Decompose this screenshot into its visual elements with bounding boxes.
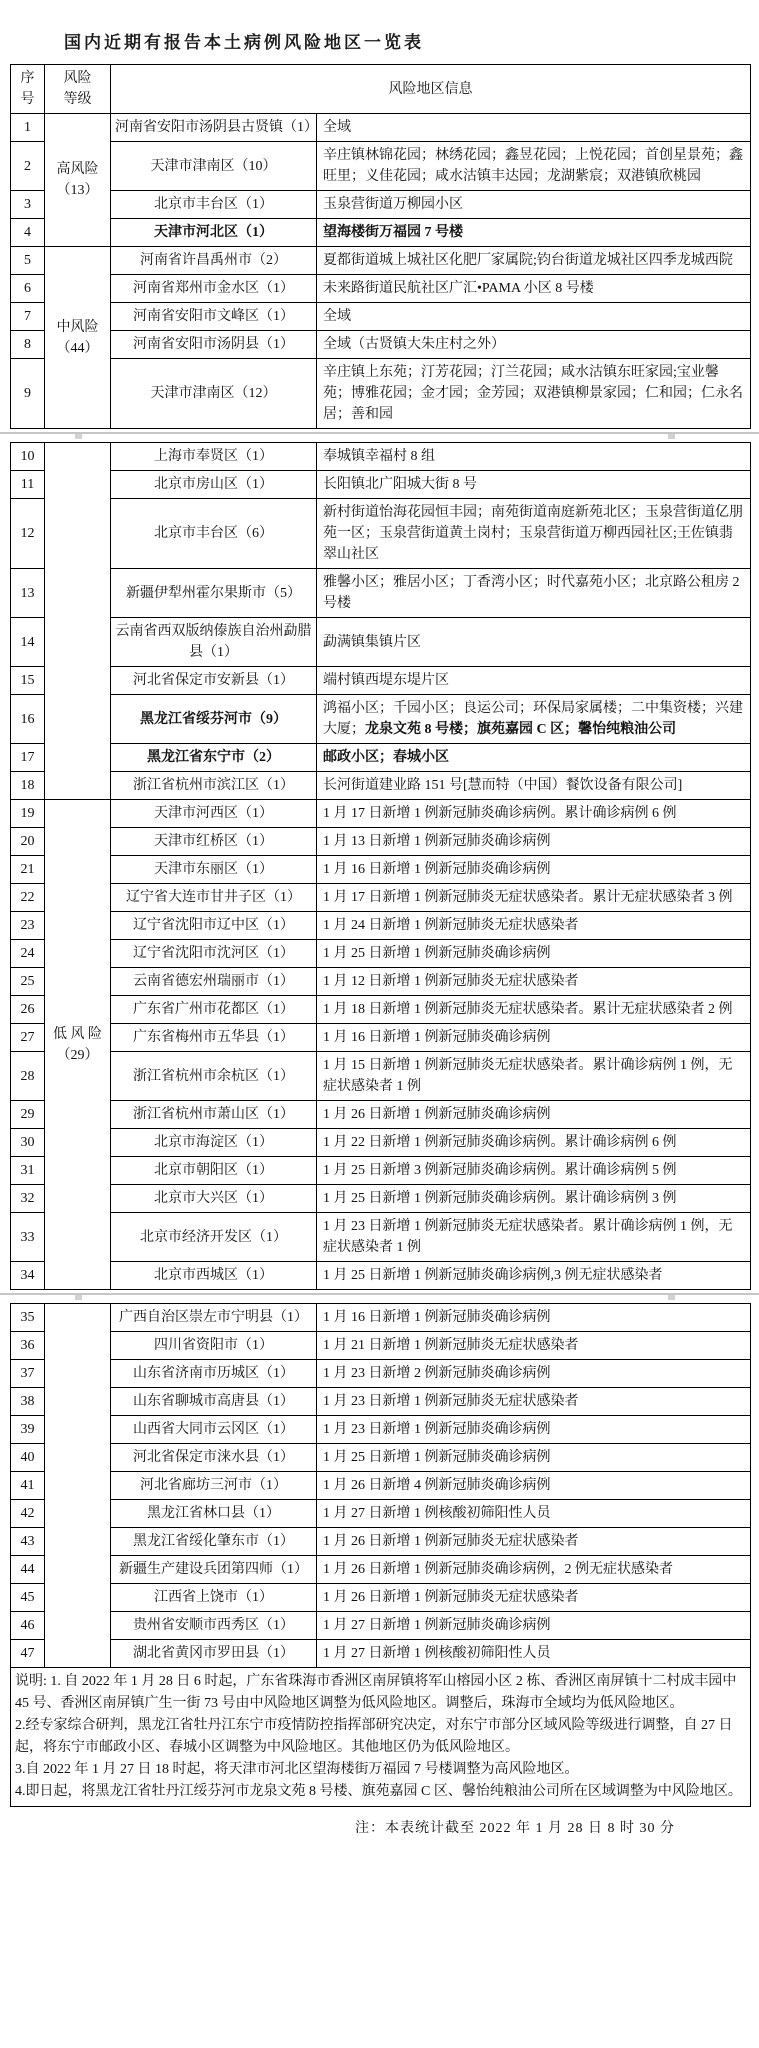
area-name-cell: 江西省上饶市（1） [111, 1584, 317, 1612]
area-info-cell: 长阳镇北广阳城大街 8 号 [317, 471, 751, 499]
row-number: 17 [11, 744, 45, 772]
area-name-cell: 天津市河西区（1） [111, 800, 317, 828]
area-info-cell: 1 月 13 日新增 1 例新冠肺炎确诊病例 [317, 828, 751, 856]
risk-level-cell [45, 443, 111, 800]
row-number: 33 [11, 1213, 45, 1262]
table-row: 40河北省保定市涞水县（1）1 月 25 日新增 1 例新冠肺炎确诊病例 [11, 1444, 751, 1472]
area-name-cell: 山东省济南市历城区（1） [111, 1360, 317, 1388]
row-number: 26 [11, 996, 45, 1024]
row-number: 44 [11, 1556, 45, 1584]
row-number: 7 [11, 303, 45, 331]
info-text: 1 月 16 日新增 1 例新冠肺炎确诊病例 [323, 1310, 551, 1325]
row-number: 2 [11, 142, 45, 191]
row-number: 32 [11, 1185, 45, 1213]
table-row: 9天津市津南区（12）辛庄镇上东苑；汀芳花园；汀兰花园；咸水沽镇东旺家园;宝业馨… [11, 359, 751, 429]
table-header-row: 序 号风险 等级风险地区信息 [11, 65, 751, 114]
info-text: 1 月 27 日新增 1 例核酸初筛阳性人员 [323, 1506, 551, 1521]
info-text: 邮政小区；春城小区 [323, 750, 449, 765]
area-info-cell: 1 月 16 日新增 1 例新冠肺炎确诊病例 [317, 1024, 751, 1052]
row-number: 21 [11, 856, 45, 884]
area-name-cell: 黑龙江省林口县（1） [111, 1500, 317, 1528]
area-info-cell: 1 月 22 日新增 1 例新冠肺炎确诊病例。累计确诊病例 6 例 [317, 1129, 751, 1157]
area-info-cell: 雅馨小区；雅居小区；丁香湾小区；时代嘉苑小区；北京路公租房 2 号楼 [317, 569, 751, 618]
table-row: 31北京市朝阳区（1）1 月 25 日新增 3 例新冠肺炎确诊病例。累计确诊病例… [11, 1157, 751, 1185]
area-name-cell: 河南省郑州市金水区（1） [111, 275, 317, 303]
info-text: 1 月 27 日新增 1 例核酸初筛阳性人员 [323, 1646, 551, 1661]
area-name-cell: 山西省大同市云冈区（1） [111, 1416, 317, 1444]
row-number: 16 [11, 695, 45, 744]
row-number: 8 [11, 331, 45, 359]
table-row: 34北京市西城区（1）1 月 25 日新增 1 例新冠肺炎确诊病例,3 例无症状… [11, 1262, 751, 1290]
area-name-cell: 云南省德宏州瑞丽市（1） [111, 968, 317, 996]
page-break-tick [75, 434, 82, 439]
risk-level-cell: 中风险 （44） [45, 247, 111, 429]
area-name-cell: 北京市大兴区（1） [111, 1185, 317, 1213]
info-text: 1 月 25 日新增 1 例新冠肺炎确诊病例。累计确诊病例 3 例 [323, 1191, 677, 1206]
area-name-cell: 广东省广州市花都区（1） [111, 996, 317, 1024]
area-info-cell: 望海楼街万福园 7 号楼 [317, 219, 751, 247]
info-text: 1 月 25 日新增 1 例新冠肺炎确诊病例 [323, 946, 551, 961]
area-info-cell: 1 月 25 日新增 1 例新冠肺炎确诊病例 [317, 940, 751, 968]
info-text: 雅馨小区；雅居小区；丁香湾小区；时代嘉苑小区；北京路公租房 2 号楼 [323, 575, 740, 611]
info-text: 1 月 13 日新增 1 例新冠肺炎确诊病例 [323, 834, 551, 849]
page-break [10, 1290, 750, 1303]
info-text: 1 月 26 日新增 1 例新冠肺炎无症状感染者 [323, 1590, 579, 1605]
info-text: 1 月 16 日新增 1 例新冠肺炎确诊病例 [323, 1030, 551, 1045]
info-text: 全域（古贤镇大朱庄村之外） [323, 337, 505, 352]
header-level: 风险 等级 [45, 65, 111, 114]
area-info-cell: 玉泉营街道万柳园小区 [317, 191, 751, 219]
table-row: 27广东省梅州市五华县（1）1 月 16 日新增 1 例新冠肺炎确诊病例 [11, 1024, 751, 1052]
row-number: 39 [11, 1416, 45, 1444]
info-text: 新村街道怡海花园恒丰园；南苑街道南庭新苑北区；玉泉营街道亿朋苑一区；玉泉营街道黄… [323, 505, 743, 562]
row-number: 46 [11, 1612, 45, 1640]
table-row: 4天津市河北区（1）望海楼街万福园 7 号楼 [11, 219, 751, 247]
area-name-cell: 山东省聊城市高唐县（1） [111, 1388, 317, 1416]
info-text: 长阳镇北广阳城大街 8 号 [323, 477, 477, 492]
row-number: 47 [11, 1640, 45, 1668]
row-number: 28 [11, 1052, 45, 1101]
area-info-cell: 1 月 15 日新增 1 例新冠肺炎无症状感染者。累计确诊病例 1 例，无症状感… [317, 1052, 751, 1101]
area-name-cell: 北京市丰台区（6） [111, 499, 317, 569]
info-text: 辛庄镇上东苑；汀芳花园；汀兰花园；咸水沽镇东旺家园;宝业馨苑；博雅花园；金才园；… [323, 365, 743, 422]
area-name-cell: 天津市津南区（12） [111, 359, 317, 429]
row-number: 18 [11, 772, 45, 800]
area-name-cell: 河南省安阳市汤阴县（1） [111, 331, 317, 359]
header-info: 风险地区信息 [111, 65, 751, 114]
area-name-cell: 广东省梅州市五华县（1） [111, 1024, 317, 1052]
info-text: 1 月 12 日新增 1 例新冠肺炎无症状感染者 [323, 974, 579, 989]
info-text: 1 月 27 日新增 1 例新冠肺炎确诊病例 [323, 1618, 551, 1633]
area-name-cell: 北京市朝阳区（1） [111, 1157, 317, 1185]
table-row: 46贵州省安顺市西秀区（1）1 月 27 日新增 1 例新冠肺炎确诊病例 [11, 1612, 751, 1640]
table-row: 39山西省大同市云冈区（1）1 月 23 日新增 1 例新冠肺炎确诊病例 [11, 1416, 751, 1444]
area-info-cell: 1 月 21 日新增 1 例新冠肺炎无症状感染者 [317, 1332, 751, 1360]
row-number: 31 [11, 1157, 45, 1185]
area-info-cell: 1 月 27 日新增 1 例核酸初筛阳性人员 [317, 1640, 751, 1668]
area-info-cell: 未来路街道民航社区广汇•PAMA 小区 8 号楼 [317, 275, 751, 303]
row-number: 24 [11, 940, 45, 968]
info-text: 1 月 25 日新增 1 例新冠肺炎确诊病例 [323, 1450, 551, 1465]
area-info-cell: 奉城镇幸福村 8 组 [317, 443, 751, 471]
area-info-cell: 1 月 17 日新增 1 例新冠肺炎无症状感染者。累计无症状感染者 3 例 [317, 884, 751, 912]
table-row: 36四川省资阳市（1）1 月 21 日新增 1 例新冠肺炎无症状感染者 [11, 1332, 751, 1360]
area-info-cell: 1 月 26 日新增 1 例新冠肺炎确诊病例 [317, 1101, 751, 1129]
area-name-cell: 河南省许昌禹州市（2） [111, 247, 317, 275]
area-name-cell: 北京市经济开发区（1） [111, 1213, 317, 1262]
row-number: 45 [11, 1584, 45, 1612]
info-text: 1 月 17 日新增 1 例新冠肺炎确诊病例。累计确诊病例 6 例 [323, 806, 677, 821]
info-text: 奉城镇幸福村 8 组 [323, 449, 435, 464]
table-row: 45江西省上饶市（1）1 月 26 日新增 1 例新冠肺炎无症状感染者 [11, 1584, 751, 1612]
table-row: 37山东省济南市历城区（1）1 月 23 日新增 2 例新冠肺炎确诊病例 [11, 1360, 751, 1388]
area-info-cell: 全域（古贤镇大朱庄村之外） [317, 331, 751, 359]
row-number: 12 [11, 499, 45, 569]
row-number: 29 [11, 1101, 45, 1129]
info-text: 1 月 25 日新增 1 例新冠肺炎确诊病例,3 例无症状感染者 [323, 1268, 663, 1283]
area-info-cell: 1 月 16 日新增 1 例新冠肺炎确诊病例 [317, 1304, 751, 1332]
info-text: 1 月 17 日新增 1 例新冠肺炎无症状感染者。累计无症状感染者 3 例 [323, 890, 733, 905]
risk-table-area: 序 号风险 等级风险地区信息1高风险 （13）河南省安阳市汤阴县古贤镇（1）全域… [10, 64, 750, 1807]
info-text: 玉泉营街道万柳园小区 [323, 197, 463, 212]
risk-level-cell: 低 风 险 （29） [45, 800, 111, 1290]
area-info-cell: 1 月 24 日新增 1 例新冠肺炎无症状感染者 [317, 912, 751, 940]
risk-table-section-1: 序 号风险 等级风险地区信息1高风险 （13）河南省安阳市汤阴县古贤镇（1）全域… [10, 64, 751, 429]
header-index: 序 号 [11, 65, 45, 114]
table-row: 11北京市房山区（1）长阳镇北广阳城大街 8 号 [11, 471, 751, 499]
area-name-cell: 四川省资阳市（1） [111, 1332, 317, 1360]
page-break [10, 429, 750, 442]
area-name-cell: 辽宁省大连市甘井子区（1） [111, 884, 317, 912]
area-name-cell: 辽宁省沈阳市沈河区（1） [111, 940, 317, 968]
area-info-cell: 1 月 26 日新增 1 例新冠肺炎无症状感染者 [317, 1528, 751, 1556]
info-text: 全域 [323, 309, 351, 324]
area-info-cell: 辛庄镇林锦花园；林绣花园；鑫昱花园；上悦花园；首创星景苑；鑫旺里；义佳花园；咸水… [317, 142, 751, 191]
area-name-cell: 广西自治区崇左市宁明县（1） [111, 1304, 317, 1332]
area-name-cell: 天津市河北区（1） [111, 219, 317, 247]
area-info-cell: 1 月 16 日新增 1 例新冠肺炎确诊病例 [317, 856, 751, 884]
table-row: 5中风险 （44）河南省许昌禹州市（2）夏都街道城上城社区化肥厂家属院;钧台街道… [11, 247, 751, 275]
area-name-cell: 新疆伊犁州霍尔果斯市（5） [111, 569, 317, 618]
document: 国内近期有报告本土病例风险地区一览表 序 号风险 等级风险地区信息1高风险 （1… [0, 0, 759, 2048]
area-info-cell: 1 月 26 日新增 1 例新冠肺炎确诊病例，2 例无症状感染者 [317, 1556, 751, 1584]
area-name-cell: 浙江省杭州市余杭区（1） [111, 1052, 317, 1101]
info-text: 1 月 26 日新增 4 例新冠肺炎确诊病例 [323, 1478, 551, 1493]
table-row: 19低 风 险 （29）天津市河西区（1）1 月 17 日新增 1 例新冠肺炎确… [11, 800, 751, 828]
area-info-cell: 1 月 12 日新增 1 例新冠肺炎无症状感染者 [317, 968, 751, 996]
row-number: 9 [11, 359, 45, 429]
info-text: 龙泉文苑 8 号楼；旗苑嘉园 C 区；馨怡纯粮油公司 [365, 722, 676, 737]
info-text: 1 月 26 日新增 1 例新冠肺炎无症状感染者 [323, 1534, 579, 1549]
row-number: 19 [11, 800, 45, 828]
document-title: 国内近期有报告本土病例风险地区一览表 [64, 28, 759, 53]
area-name-cell: 河南省安阳市汤阴县古贤镇（1） [111, 114, 317, 142]
area-name-cell: 黑龙江省绥芬河市（9） [111, 695, 317, 744]
area-name-cell: 北京市西城区（1） [111, 1262, 317, 1290]
page-break-tick [668, 1295, 675, 1300]
note-paragraph: 3.自 2022 年 1 月 27 日 18 时起，将天津市河北区望海楼街万福园… [15, 1759, 746, 1781]
table-row: 21天津市东丽区（1）1 月 16 日新增 1 例新冠肺炎确诊病例 [11, 856, 751, 884]
row-number: 27 [11, 1024, 45, 1052]
table-row: 6河南省郑州市金水区（1）未来路街道民航社区广汇•PAMA 小区 8 号楼 [11, 275, 751, 303]
area-name-cell: 湖北省黄冈市罗田县（1） [111, 1640, 317, 1668]
table-row: 44新疆生产建设兵团第四师（1）1 月 26 日新增 1 例新冠肺炎确诊病例，2… [11, 1556, 751, 1584]
area-name-cell: 河北省廊坊三河市（1） [111, 1472, 317, 1500]
table-row: 18浙江省杭州市滨江区（1）长河街道建业路 151 号[慧而特（中国）餐饮设备有… [11, 772, 751, 800]
row-number: 25 [11, 968, 45, 996]
area-info-cell: 1 月 18 日新增 1 例新冠肺炎无症状感染者。累计无症状感染者 2 例 [317, 996, 751, 1024]
table-row: 26广东省广州市花都区（1）1 月 18 日新增 1 例新冠肺炎无症状感染者。累… [11, 996, 751, 1024]
row-number: 5 [11, 247, 45, 275]
area-name-cell: 贵州省安顺市西秀区（1） [111, 1612, 317, 1640]
area-name-cell: 浙江省杭州市萧山区（1） [111, 1101, 317, 1129]
row-number: 22 [11, 884, 45, 912]
area-info-cell: 1 月 26 日新增 4 例新冠肺炎确诊病例 [317, 1472, 751, 1500]
area-info-cell: 夏都街道城上城社区化肥厂家属院;钧台街道龙城社区四季龙城西院 [317, 247, 751, 275]
row-number: 20 [11, 828, 45, 856]
row-number: 1 [11, 114, 45, 142]
risk-table-section-2: 10上海市奉贤区（1）奉城镇幸福村 8 组11北京市房山区（1）长阳镇北广阳城大… [10, 442, 751, 1290]
row-number: 38 [11, 1388, 45, 1416]
table-row: 16黑龙江省绥芬河市（9）鸿福小区；千园小区；良运公司；环保局家属楼；二中集资楼… [11, 695, 751, 744]
area-info-cell: 长河街道建业路 151 号[慧而特（中国）餐饮设备有限公司] [317, 772, 751, 800]
row-number: 40 [11, 1444, 45, 1472]
table-row: 14云南省西双版纳傣族自治州勐腊县（1）勐满镇集镇片区 [11, 618, 751, 667]
info-text: 1 月 26 日新增 1 例新冠肺炎确诊病例，2 例无症状感染者 [323, 1562, 673, 1577]
table-row: 24辽宁省沈阳市沈河区（1）1 月 25 日新增 1 例新冠肺炎确诊病例 [11, 940, 751, 968]
info-text: 1 月 24 日新增 1 例新冠肺炎无症状感染者 [323, 918, 579, 933]
row-number: 37 [11, 1360, 45, 1388]
area-info-cell: 1 月 17 日新增 1 例新冠肺炎确诊病例。累计确诊病例 6 例 [317, 800, 751, 828]
table-row: 35广西自治区崇左市宁明县（1）1 月 16 日新增 1 例新冠肺炎确诊病例 [11, 1304, 751, 1332]
table-row: 47湖北省黄冈市罗田县（1）1 月 27 日新增 1 例核酸初筛阳性人员 [11, 1640, 751, 1668]
table-row: 13新疆伊犁州霍尔果斯市（5）雅馨小区；雅居小区；丁香湾小区；时代嘉苑小区；北京… [11, 569, 751, 618]
row-number: 10 [11, 443, 45, 471]
table-row: 15河北省保定市安新县（1）端村镇西堤东堤片区 [11, 667, 751, 695]
table-row: 42黑龙江省林口县（1）1 月 27 日新增 1 例核酸初筛阳性人员 [11, 1500, 751, 1528]
area-info-cell: 1 月 23 日新增 1 例新冠肺炎无症状感染者。累计确诊病例 1 例，无症状感… [317, 1213, 751, 1262]
area-name-cell: 河北省保定市涞水县（1） [111, 1444, 317, 1472]
info-text: 端村镇西堤东堤片区 [323, 673, 449, 688]
area-name-cell: 浙江省杭州市滨江区（1） [111, 772, 317, 800]
note-paragraph: 说明: 1. 自 2022 年 1 月 28 日 6 时起，广东省珠海市香洲区南… [15, 1671, 746, 1715]
area-name-cell: 天津市津南区（10） [111, 142, 317, 191]
row-number: 23 [11, 912, 45, 940]
area-info-cell: 辛庄镇上东苑；汀芳花园；汀兰花园；咸水沽镇东旺家园;宝业馨苑；博雅花园；金才园；… [317, 359, 751, 429]
page-break-line [0, 1293, 759, 1295]
area-info-cell: 全域 [317, 303, 751, 331]
row-number: 35 [11, 1304, 45, 1332]
area-name-cell: 新疆生产建设兵团第四师（1） [111, 1556, 317, 1584]
row-number: 6 [11, 275, 45, 303]
table-row: 12北京市丰台区（6）新村街道怡海花园恒丰园；南苑街道南庭新苑北区；玉泉营街道亿… [11, 499, 751, 569]
risk-level-cell: 高风险 （13） [45, 114, 111, 247]
area-info-cell: 全域 [317, 114, 751, 142]
area-name-cell: 云南省西双版纳傣族自治州勐腊县（1） [111, 618, 317, 667]
info-text: 未来路街道民航社区广汇•PAMA 小区 8 号楼 [323, 281, 594, 296]
info-text: 夏都街道城上城社区化肥厂家属院;钧台街道龙城社区四季龙城西院 [323, 253, 733, 268]
area-name-cell: 辽宁省沈阳市辽中区（1） [111, 912, 317, 940]
row-number: 41 [11, 1472, 45, 1500]
row-number: 34 [11, 1262, 45, 1290]
row-number: 43 [11, 1528, 45, 1556]
area-info-cell: 1 月 27 日新增 1 例核酸初筛阳性人员 [317, 1500, 751, 1528]
table-row: 2天津市津南区（10）辛庄镇林锦花园；林绣花园；鑫昱花园；上悦花园；首创星景苑；… [11, 142, 751, 191]
info-text: 1 月 23 日新增 1 例新冠肺炎无症状感染者 [323, 1394, 579, 1409]
info-text: 望海楼街万福园 7 号楼 [323, 225, 463, 240]
info-text: 1 月 18 日新增 1 例新冠肺炎无症状感染者。累计无症状感染者 2 例 [323, 1002, 733, 1017]
table-row: 8河南省安阳市汤阴县（1）全域（古贤镇大朱庄村之外） [11, 331, 751, 359]
info-text: 1 月 22 日新增 1 例新冠肺炎确诊病例。累计确诊病例 6 例 [323, 1135, 677, 1150]
area-info-cell: 勐满镇集镇片区 [317, 618, 751, 667]
table-row: 3北京市丰台区（1）玉泉营街道万柳园小区 [11, 191, 751, 219]
info-text: 全域 [323, 120, 351, 135]
table-row: 32北京市大兴区（1）1 月 25 日新增 1 例新冠肺炎确诊病例。累计确诊病例… [11, 1185, 751, 1213]
table-row: 29浙江省杭州市萧山区（1）1 月 26 日新增 1 例新冠肺炎确诊病例 [11, 1101, 751, 1129]
area-info-cell: 1 月 25 日新增 1 例新冠肺炎确诊病例 [317, 1444, 751, 1472]
area-info-cell: 端村镇西堤东堤片区 [317, 667, 751, 695]
area-name-cell: 北京市海淀区（1） [111, 1129, 317, 1157]
info-text: 辛庄镇林锦花园；林绣花园；鑫昱花园；上悦花园；首创星景苑；鑫旺里；义佳花园；咸水… [323, 148, 743, 184]
info-text: 1 月 23 日新增 1 例新冠肺炎确诊病例 [323, 1422, 551, 1437]
table-row: 25云南省德宏州瑞丽市（1）1 月 12 日新增 1 例新冠肺炎无症状感染者 [11, 968, 751, 996]
notes-cell: 说明: 1. 自 2022 年 1 月 28 日 6 时起，广东省珠海市香洲区南… [11, 1668, 751, 1807]
info-text: 1 月 26 日新增 1 例新冠肺炎确诊病例 [323, 1107, 551, 1122]
table-row: 10上海市奉贤区（1）奉城镇幸福村 8 组 [11, 443, 751, 471]
area-name-cell: 天津市红桥区（1） [111, 828, 317, 856]
area-info-cell: 新村街道怡海花园恒丰园；南苑街道南庭新苑北区；玉泉营街道亿朋苑一区；玉泉营街道黄… [317, 499, 751, 569]
area-info-cell: 1 月 26 日新增 1 例新冠肺炎无症状感染者 [317, 1584, 751, 1612]
area-name-cell: 河南省安阳市文峰区（1） [111, 303, 317, 331]
risk-level-cell [45, 1304, 111, 1668]
row-number: 3 [11, 191, 45, 219]
area-info-cell: 1 月 23 日新增 1 例新冠肺炎无症状感染者 [317, 1388, 751, 1416]
table-row: 28浙江省杭州市余杭区（1）1 月 15 日新增 1 例新冠肺炎无症状感染者。累… [11, 1052, 751, 1101]
area-info-cell: 1 月 25 日新增 1 例新冠肺炎确诊病例。累计确诊病例 3 例 [317, 1185, 751, 1213]
table-row: 22辽宁省大连市甘井子区（1）1 月 17 日新增 1 例新冠肺炎无症状感染者。… [11, 884, 751, 912]
note-paragraph: 2.经专家综合研判，黑龙江省牡丹江东宁市疫情防控指挥部研究决定，对东宁市部分区域… [15, 1715, 746, 1759]
area-name-cell: 北京市丰台区（1） [111, 191, 317, 219]
info-text: 长河街道建业路 151 号[慧而特（中国）餐饮设备有限公司] [323, 778, 682, 793]
footer-note: 注：本表统计截至 2022 年 1 月 28 日 8 时 30 分 [10, 1817, 750, 1837]
table-row: 33北京市经济开发区（1）1 月 23 日新增 1 例新冠肺炎无症状感染者。累计… [11, 1213, 751, 1262]
table-row: 23辽宁省沈阳市辽中区（1）1 月 24 日新增 1 例新冠肺炎无症状感染者 [11, 912, 751, 940]
table-row: 1高风险 （13）河南省安阳市汤阴县古贤镇（1）全域 [11, 114, 751, 142]
area-info-cell: 1 月 25 日新增 1 例新冠肺炎确诊病例,3 例无症状感染者 [317, 1262, 751, 1290]
table-row: 43黑龙江省绥化肇东市（1）1 月 26 日新增 1 例新冠肺炎无症状感染者 [11, 1528, 751, 1556]
table-row: 7河南省安阳市文峰区（1）全域 [11, 303, 751, 331]
page-break-line [0, 432, 759, 434]
row-number: 30 [11, 1129, 45, 1157]
area-name-cell: 北京市房山区（1） [111, 471, 317, 499]
page-break-tick [75, 1295, 82, 1300]
row-number: 15 [11, 667, 45, 695]
row-number: 13 [11, 569, 45, 618]
area-info-cell: 鸿福小区；千园小区；良运公司；环保局家属楼；二中集资楼；兴建大厦；龙泉文苑 8 … [317, 695, 751, 744]
table-row: 20天津市红桥区（1）1 月 13 日新增 1 例新冠肺炎确诊病例 [11, 828, 751, 856]
area-name-cell: 黑龙江省绥化肇东市（1） [111, 1528, 317, 1556]
area-name-cell: 上海市奉贤区（1） [111, 443, 317, 471]
area-name-cell: 天津市东丽区（1） [111, 856, 317, 884]
notes-row: 说明: 1. 自 2022 年 1 月 28 日 6 时起，广东省珠海市香洲区南… [11, 1668, 751, 1807]
page-break-tick [668, 434, 675, 439]
area-name-cell: 黑龙江省东宁市（2） [111, 744, 317, 772]
info-text: 1 月 15 日新增 1 例新冠肺炎无症状感染者。累计确诊病例 1 例，无症状感… [323, 1058, 733, 1094]
risk-table-section-3: 35广西自治区崇左市宁明县（1）1 月 16 日新增 1 例新冠肺炎确诊病例36… [10, 1303, 751, 1807]
info-text: 1 月 25 日新增 3 例新冠肺炎确诊病例。累计确诊病例 5 例 [323, 1163, 677, 1178]
area-info-cell: 邮政小区；春城小区 [317, 744, 751, 772]
table-row: 38山东省聊城市高唐县（1）1 月 23 日新增 1 例新冠肺炎无症状感染者 [11, 1388, 751, 1416]
area-info-cell: 1 月 23 日新增 1 例新冠肺炎确诊病例 [317, 1416, 751, 1444]
area-info-cell: 1 月 23 日新增 2 例新冠肺炎确诊病例 [317, 1360, 751, 1388]
table-row: 41河北省廊坊三河市（1）1 月 26 日新增 4 例新冠肺炎确诊病例 [11, 1472, 751, 1500]
note-paragraph: 4.即日起，将黑龙江省牡丹江绥芬河市龙泉文苑 8 号楼、旗苑嘉园 C 区、馨怡纯… [15, 1781, 746, 1803]
row-number: 36 [11, 1332, 45, 1360]
row-number: 14 [11, 618, 45, 667]
info-text: 1 月 21 日新增 1 例新冠肺炎无症状感染者 [323, 1338, 579, 1353]
row-number: 4 [11, 219, 45, 247]
area-name-cell: 河北省保定市安新县（1） [111, 667, 317, 695]
info-text: 勐满镇集镇片区 [323, 635, 421, 650]
area-info-cell: 1 月 25 日新增 3 例新冠肺炎确诊病例。累计确诊病例 5 例 [317, 1157, 751, 1185]
area-info-cell: 1 月 27 日新增 1 例新冠肺炎确诊病例 [317, 1612, 751, 1640]
info-text: 1 月 23 日新增 1 例新冠肺炎无症状感染者。累计确诊病例 1 例，无症状感… [323, 1219, 733, 1255]
row-number: 42 [11, 1500, 45, 1528]
info-text: 1 月 16 日新增 1 例新冠肺炎确诊病例 [323, 862, 551, 877]
table-row: 30北京市海淀区（1）1 月 22 日新增 1 例新冠肺炎确诊病例。累计确诊病例… [11, 1129, 751, 1157]
table-row: 17黑龙江省东宁市（2）邮政小区；春城小区 [11, 744, 751, 772]
info-text: 1 月 23 日新增 2 例新冠肺炎确诊病例 [323, 1366, 551, 1381]
row-number: 11 [11, 471, 45, 499]
